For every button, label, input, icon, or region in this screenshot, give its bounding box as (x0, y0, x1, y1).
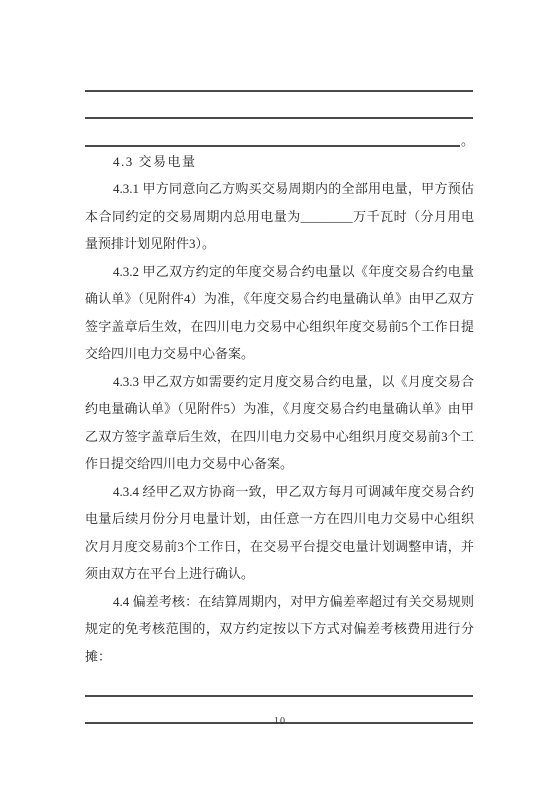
clause-4-3-4: 4.3.4 经甲乙双方协商一致，甲乙双方每月可调减年度交易合约电量后续月份分月电… (85, 478, 474, 588)
page-content: 。 4.3 交易电量 4.3.1 甲方同意向乙方购买交易周期内的全部用电量，甲方… (85, 65, 474, 725)
blank-fill-line (85, 670, 474, 698)
blank-rule (85, 145, 460, 147)
clause-4-3-2: 4.3.2 甲乙双方约定的年度交易合约电量以《年度交易合约电量确认单》（见附件4… (85, 258, 474, 368)
blank-fill-line: 。 (85, 120, 474, 148)
blank-rule (85, 117, 473, 119)
page-number: 10 (0, 716, 560, 727)
blank-rule (85, 695, 473, 697)
section-4-3-heading: 4.3 交易电量 (85, 148, 474, 176)
blank-fill-line (85, 65, 474, 93)
blank-rule (85, 90, 473, 92)
clause-4-3-1: 4.3.1 甲方同意向乙方购买交易周期内的全部用电量，甲方预估本合同约定的交易周… (85, 175, 474, 258)
contract-page: 。 4.3 交易电量 4.3.1 甲方同意向乙方购买交易周期内的全部用电量，甲方… (0, 0, 560, 791)
clause-4-4: 4.4 偏差考核：在结算周期内，对甲方偏差率超过有关交易规则规定的免考核范围的，… (85, 588, 474, 671)
clause-4-3-3: 4.3.3 甲乙双方如需要约定月度交易合约电量，以《月度交易合约电量确认单》（见… (85, 368, 474, 478)
blank-fill-line (85, 93, 474, 121)
blank-line-suffix: 。 (461, 134, 474, 148)
